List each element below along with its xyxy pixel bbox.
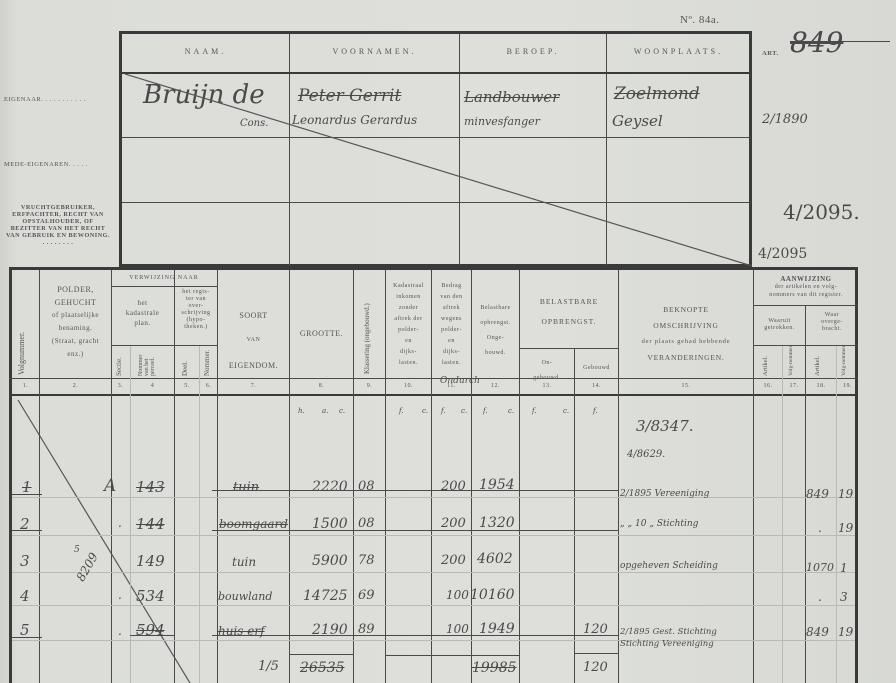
header-text: polder- bbox=[386, 325, 431, 336]
header-text: ter van bbox=[175, 296, 217, 303]
total-line bbox=[289, 654, 353, 655]
unit-c: c. bbox=[508, 407, 514, 415]
header-text: SOORT bbox=[218, 303, 289, 328]
header-text: bouwd. bbox=[472, 346, 519, 361]
cell-sectie: . bbox=[118, 516, 122, 530]
header-deel: Deel. bbox=[181, 352, 189, 376]
header-text: (hypo- bbox=[175, 317, 217, 324]
register-page: Nº. 84a. NAAM. VOORNAMEN. BEROEP. WOONPL… bbox=[0, 0, 896, 683]
header-number-line bbox=[9, 394, 858, 396]
header-aanwijzing: AANWIJZING der artikelen en volg- nommer… bbox=[754, 275, 858, 299]
colnum: 7. bbox=[218, 383, 289, 390]
header-text: Waaruit bbox=[754, 318, 805, 325]
colnum: 3. bbox=[111, 383, 130, 390]
header-volgnummer: Volgnummer. bbox=[17, 305, 26, 375]
colnum: 18. bbox=[806, 383, 836, 390]
header-register: het regis- ter van over- schrijving (hyp… bbox=[175, 289, 217, 331]
row-strike bbox=[12, 637, 42, 638]
sub-line bbox=[519, 348, 618, 349]
cell-art18: . bbox=[818, 521, 822, 535]
header-text: dijks- bbox=[386, 347, 431, 358]
cell-aftrek: 200 bbox=[441, 479, 466, 494]
header-omschrijving: BEKNOPTE OMSCHRIJVING der plaats gehad h… bbox=[619, 302, 753, 366]
grid-line bbox=[12, 572, 855, 573]
header-text: over- bbox=[175, 303, 217, 310]
header-text: polder- bbox=[432, 325, 471, 336]
header-text: AANWIJZING bbox=[754, 275, 858, 283]
cell-art18: 849 bbox=[806, 625, 829, 639]
header-volgnommer-19: Volg-nommer. bbox=[841, 348, 847, 376]
header-text: (Straat, gracht bbox=[40, 335, 111, 348]
header-text: BELASTBARE bbox=[520, 292, 618, 312]
row-strike bbox=[12, 494, 42, 495]
header-nommer: Nommer. bbox=[203, 350, 211, 376]
unit-f: f. bbox=[593, 407, 598, 415]
note-col15-2: 4/8629. bbox=[627, 449, 665, 460]
row-strike bbox=[212, 635, 618, 636]
row-strike bbox=[12, 530, 42, 531]
colnum: 15. bbox=[619, 383, 753, 390]
unit-f: f. bbox=[483, 407, 488, 415]
header-text: wegens bbox=[432, 314, 471, 325]
cell-aftrek: 200 bbox=[441, 516, 466, 531]
unit-f: f. bbox=[532, 407, 537, 415]
cell-nummer: 594 bbox=[136, 621, 165, 639]
col-line bbox=[836, 345, 837, 683]
cell-klasse: 69 bbox=[358, 588, 375, 603]
header-ongebouwd: On- gebouwd. bbox=[520, 356, 574, 386]
header-text: aftrek bbox=[432, 303, 471, 314]
cell-omschrijving: opgeheven Scheiding bbox=[620, 561, 718, 571]
cell-klasse: 08 bbox=[358, 516, 375, 531]
header-text: nommers van dit register. bbox=[754, 291, 858, 299]
cell-omschrijving: „ „ 10 „ Stichting bbox=[620, 519, 698, 529]
cell-soort: tuin bbox=[233, 480, 259, 495]
cell-soort: bouwland bbox=[218, 590, 272, 603]
header-text: VERANDERINGEN. bbox=[619, 350, 753, 366]
cell-opbrengst: 1320 bbox=[479, 515, 515, 531]
grid-line bbox=[12, 497, 855, 498]
col2-note-1: 5 bbox=[74, 545, 80, 555]
header-artikel-16: Artikel. bbox=[762, 350, 769, 376]
header-belastbare-opbrengst: BELASTBARE OPBRENGST. bbox=[520, 292, 618, 332]
art-note-3: 4/2095 bbox=[758, 246, 807, 262]
sub-line bbox=[753, 305, 858, 306]
unit-f: f. bbox=[399, 407, 404, 415]
header-gebouwd: Gebouwd bbox=[575, 365, 618, 372]
cell-opbrengst: 4602 bbox=[477, 551, 513, 567]
header-text: en bbox=[432, 336, 471, 347]
cell-volg19: 3 bbox=[840, 590, 848, 604]
header-text: der artikelen en volg- bbox=[754, 283, 858, 291]
cell-omschrijving: 2/1895 Vereeniging bbox=[620, 489, 709, 499]
header-text: of plaatselijke bbox=[40, 309, 111, 322]
header-text: VAN bbox=[218, 328, 289, 353]
art-note-2: 4/2095. bbox=[783, 200, 860, 224]
header-text: OMSCHRIJVING bbox=[619, 318, 753, 334]
art-strike-line bbox=[790, 41, 890, 42]
grid-line bbox=[12, 535, 855, 536]
header-sectie: Sectie. bbox=[115, 350, 123, 376]
unit-c: c. bbox=[563, 407, 569, 415]
unit-c: c. bbox=[339, 407, 345, 415]
header-kadastraal-inkomen: Kadastraal inkomen zonder aftrek der pol… bbox=[386, 281, 431, 369]
colnum: 19. bbox=[837, 383, 858, 390]
cell-aftrek: 100 bbox=[446, 588, 469, 602]
header-text: On- bbox=[520, 356, 574, 371]
sub-line bbox=[111, 286, 217, 287]
header-text: theken.) bbox=[175, 324, 217, 331]
header-belastbare-ongebouwd: Belastbare opbrengst. Onge- bouwd. bbox=[472, 301, 519, 361]
colnum: 16. bbox=[754, 383, 782, 390]
cell-soort: boomgaard bbox=[219, 517, 288, 531]
header-text: benaming. bbox=[40, 322, 111, 335]
cell-sectie: . bbox=[118, 624, 122, 638]
unit-c: c. bbox=[461, 407, 467, 415]
total-opbrengst: 19985 bbox=[472, 660, 517, 676]
col-line bbox=[130, 345, 131, 683]
colnum: 9. bbox=[354, 383, 385, 390]
col-line bbox=[199, 345, 200, 683]
header-text: Onge- bbox=[472, 331, 519, 346]
cell-klasse: 78 bbox=[358, 553, 375, 568]
header-text: opbrengst. bbox=[472, 316, 519, 331]
art-note-1: 2/1890 bbox=[762, 112, 808, 127]
cell-volg19: 1 bbox=[840, 561, 848, 575]
col-line bbox=[174, 270, 175, 683]
header-text: lasten. bbox=[432, 358, 471, 369]
sub-line bbox=[174, 286, 175, 288]
header-text: kadastrale bbox=[111, 308, 174, 318]
total-gebouwd: 120 bbox=[583, 660, 608, 675]
header-klassering: Klassering (ongebouwd.) bbox=[363, 282, 371, 374]
note-col15-1: 3/8347. bbox=[636, 417, 694, 435]
header-bottom-line bbox=[9, 378, 858, 379]
unit-a: a. bbox=[322, 407, 328, 415]
total-line bbox=[574, 653, 618, 654]
header-text: inkomen bbox=[386, 292, 431, 303]
colnum: 6. bbox=[200, 383, 217, 390]
colnum: 14. bbox=[575, 383, 618, 390]
colnum: 5. bbox=[175, 383, 199, 390]
cell-art18: . bbox=[818, 590, 822, 604]
header-artikel-18: Artikel. bbox=[814, 350, 821, 376]
cell-aftrek: 100 bbox=[446, 622, 469, 636]
header-nommer-perceel: Nommer van het perceel. bbox=[138, 348, 168, 376]
colnum: 11. bbox=[432, 383, 471, 390]
row-strike bbox=[212, 490, 618, 491]
header-kadastrale-plan: het kadastrale plan. bbox=[111, 298, 174, 328]
cell-volg: 4 bbox=[20, 587, 30, 605]
header-soort: SOORT VAN EIGENDOM. bbox=[218, 303, 289, 378]
header-text: lasten. bbox=[386, 358, 431, 369]
header-text: aftrek der bbox=[386, 314, 431, 325]
colnum: 2. bbox=[40, 383, 111, 390]
cell-art18: 849 bbox=[806, 487, 829, 501]
header-text: en bbox=[386, 336, 431, 347]
cell-grootte: 2220 bbox=[312, 479, 348, 495]
header-text: plan. bbox=[111, 318, 174, 328]
cell-volg: 3 bbox=[20, 552, 30, 570]
header-text: bracht. bbox=[806, 326, 858, 333]
header-volgnommer-17: Volg-nommer. bbox=[788, 348, 794, 376]
header-text: enz.) bbox=[40, 348, 111, 361]
header-grootte: GROOTTE. bbox=[290, 329, 353, 338]
colnum: 13. bbox=[520, 383, 574, 390]
colnum: 1. bbox=[12, 383, 39, 390]
header-waar: Waar overge- bracht. bbox=[806, 312, 858, 333]
cell-sectie: . bbox=[118, 588, 122, 602]
cell-opbrengst: 10160 bbox=[470, 587, 515, 603]
colnum: 8. bbox=[290, 383, 353, 390]
col-line bbox=[574, 348, 575, 683]
total-grootte: 26535 bbox=[300, 660, 345, 676]
cell-volg19: 19 bbox=[838, 521, 853, 535]
header-text: het bbox=[111, 298, 174, 308]
sub-line bbox=[111, 345, 217, 346]
cell-nummer: 534 bbox=[136, 587, 165, 605]
row-strike bbox=[130, 635, 174, 636]
art-label: ART. bbox=[762, 50, 779, 57]
colnum: 17. bbox=[783, 383, 805, 390]
header-text: dijks- bbox=[432, 347, 471, 358]
header-bedrag-aftrek: Bedrag van den aftrek wegens polder- en … bbox=[432, 281, 471, 369]
unit-f: f. bbox=[441, 407, 446, 415]
cell-volg19: 19 bbox=[838, 487, 853, 501]
header-waaruit: Waaruit getrokken. bbox=[754, 318, 805, 332]
colnum: 12. bbox=[472, 383, 519, 390]
cell-nummer: 143 bbox=[136, 478, 165, 496]
header-text: het regis- bbox=[175, 289, 217, 296]
header-text: van den bbox=[432, 292, 471, 303]
header-text: Waar bbox=[806, 312, 858, 319]
header-text: Bedrag bbox=[432, 281, 471, 292]
header-text: overge- bbox=[806, 319, 858, 326]
header-text: GEHUCHT bbox=[40, 296, 111, 309]
cell-soort: tuin bbox=[232, 555, 256, 569]
header-text: schrijving bbox=[175, 310, 217, 317]
header-text: POLDER, bbox=[40, 283, 111, 296]
header-text: EIGENDOM. bbox=[218, 353, 289, 378]
cell-grootte: 5900 bbox=[312, 553, 348, 569]
row-strike bbox=[212, 530, 618, 531]
colnum: 4 bbox=[131, 383, 174, 390]
col-line bbox=[353, 270, 354, 683]
cell-omschrijving: 2/1895 Gest. Stichting Stichting Vereeni… bbox=[620, 626, 750, 650]
cell-grootte: 14725 bbox=[303, 588, 348, 604]
total-label: 1/5 bbox=[258, 659, 279, 674]
cell-nummer: 144 bbox=[136, 515, 165, 533]
colnum: 10. bbox=[386, 383, 431, 390]
total-line bbox=[385, 655, 519, 656]
col-line bbox=[782, 345, 783, 683]
header-text: OPBRENGST. bbox=[520, 312, 618, 332]
header-text: zonder bbox=[386, 303, 431, 314]
cell-sectie: A bbox=[104, 476, 116, 496]
unit-h: h. bbox=[298, 407, 305, 415]
cell-art18: 1070 bbox=[806, 561, 834, 574]
header-text: der plaats gehad hebbende bbox=[619, 334, 753, 350]
cell-aftrek: 200 bbox=[441, 553, 466, 568]
header-polder: POLDER, GEHUCHT of plaatselijke benaming… bbox=[40, 283, 111, 361]
art-value: 849 bbox=[790, 26, 843, 59]
grid-line bbox=[12, 605, 855, 606]
cell-klasse: 08 bbox=[358, 479, 375, 494]
cell-volg19: 19 bbox=[838, 625, 853, 639]
header-verwijzing: VERWIJZING NAAR bbox=[111, 275, 217, 282]
header-text: Belastbare bbox=[472, 301, 519, 316]
unit-c: c. bbox=[422, 407, 428, 415]
header-text: getrokken. bbox=[754, 325, 805, 332]
header-text: BEKNOPTE bbox=[619, 302, 753, 318]
cell-nummer: 149 bbox=[136, 552, 165, 570]
header-text: Kadastraal bbox=[386, 281, 431, 292]
